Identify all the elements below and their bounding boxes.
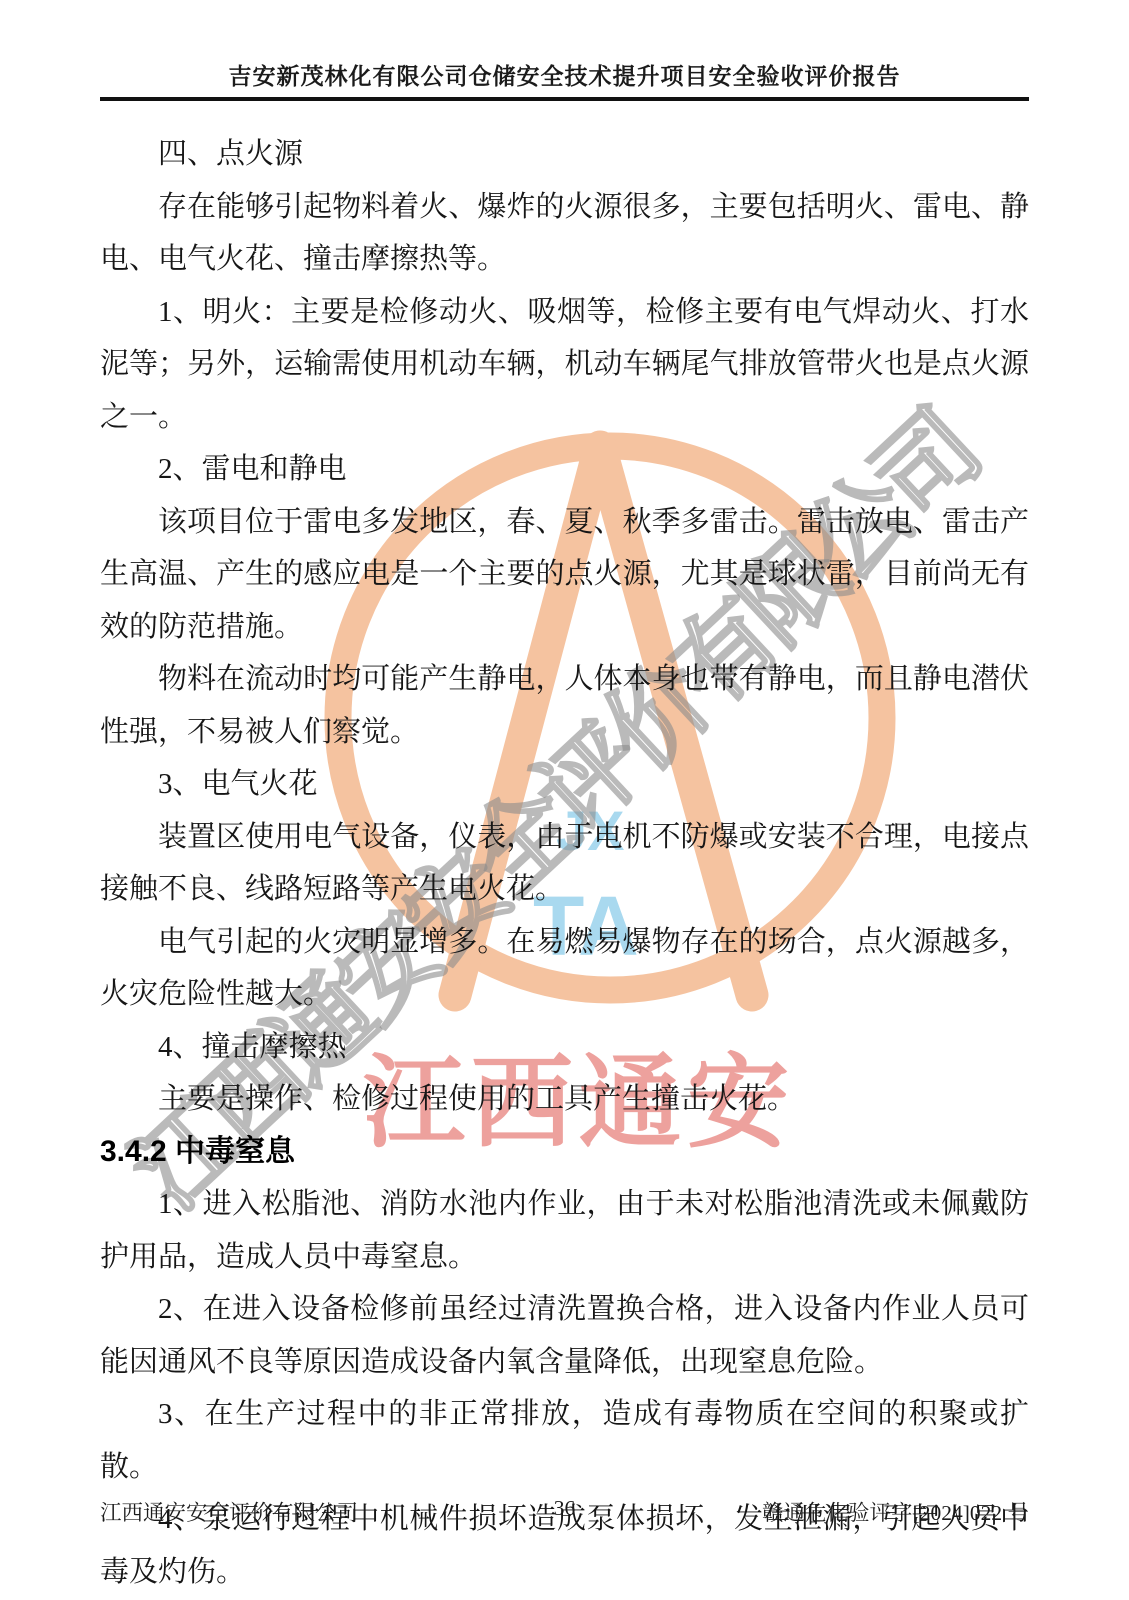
page-footer: 江西通安安全评价有限公司 36 赣通危化验评字[2024]022 号 xyxy=(100,1496,1029,1527)
header-rule xyxy=(100,97,1029,101)
paragraph: 1、进入松脂池、消防水池内作业，由于未对松脂池清洗或未佩戴防护用品，造成人员中毒… xyxy=(100,1178,1029,1283)
paragraph: 物料在流动时均可能产生静电，人体本身也带有静电，而且静电潜伏性强，不易被人们察觉… xyxy=(100,653,1029,758)
paragraph: 该项目位于雷电多发地区，春、夏、秋季多雷击。雷击放电、雷击产生高温、产生的感应电… xyxy=(100,496,1029,654)
paragraph: 四、点火源 xyxy=(100,128,1029,181)
paragraph: 电气引起的火灾明显增多。在易燃易爆物存在的场合，点火源越多，火灾危险性越大。 xyxy=(100,916,1029,1021)
report-page: 吉安新茂林化有限公司仓储安全技术提升项目安全验收评价报告 JX TA 江西通安 … xyxy=(0,0,1129,1600)
section-heading: 3.4.2 中毒窒息 xyxy=(100,1126,1029,1179)
paragraph: 4、撞击摩擦热 xyxy=(100,1021,1029,1074)
paragraph: 存在能够引起物料着火、爆炸的火源很多，主要包括明火、雷电、静电、电气火花、撞击摩… xyxy=(100,181,1029,286)
paragraph: 3、在生产过程中的非正常排放，造成有毒物质在空间的积聚或扩散。 xyxy=(100,1388,1029,1493)
paragraph: 3、电气火花 xyxy=(100,758,1029,811)
page-header-title: 吉安新茂林化有限公司仓储安全技术提升项目安全验收评价报告 xyxy=(0,58,1129,91)
paragraph: 主要是操作、检修过程使用的工具产生撞击火花。 xyxy=(100,1073,1029,1126)
paragraph: 2、在进入设备检修前虽经过清洗置换合格，进入设备内作业人员可能因通风不良等原因造… xyxy=(100,1283,1029,1388)
document-body: 四、点火源存在能够引起物料着火、爆炸的火源很多，主要包括明火、雷电、静电、电气火… xyxy=(100,128,1029,1598)
paragraph: 2、雷电和静电 xyxy=(100,443,1029,496)
paragraph: 1、明火：主要是检修动火、吸烟等，检修主要有电气焊动火、打水泥等；另外，运输需使… xyxy=(100,286,1029,444)
paragraph: 装置区使用电气设备，仪表，由于电机不防爆或安装不合理，电接点接触不良、线路短路等… xyxy=(100,811,1029,916)
footer-doc-number: 赣通危化验评字[2024]022 号 xyxy=(762,1496,1029,1527)
